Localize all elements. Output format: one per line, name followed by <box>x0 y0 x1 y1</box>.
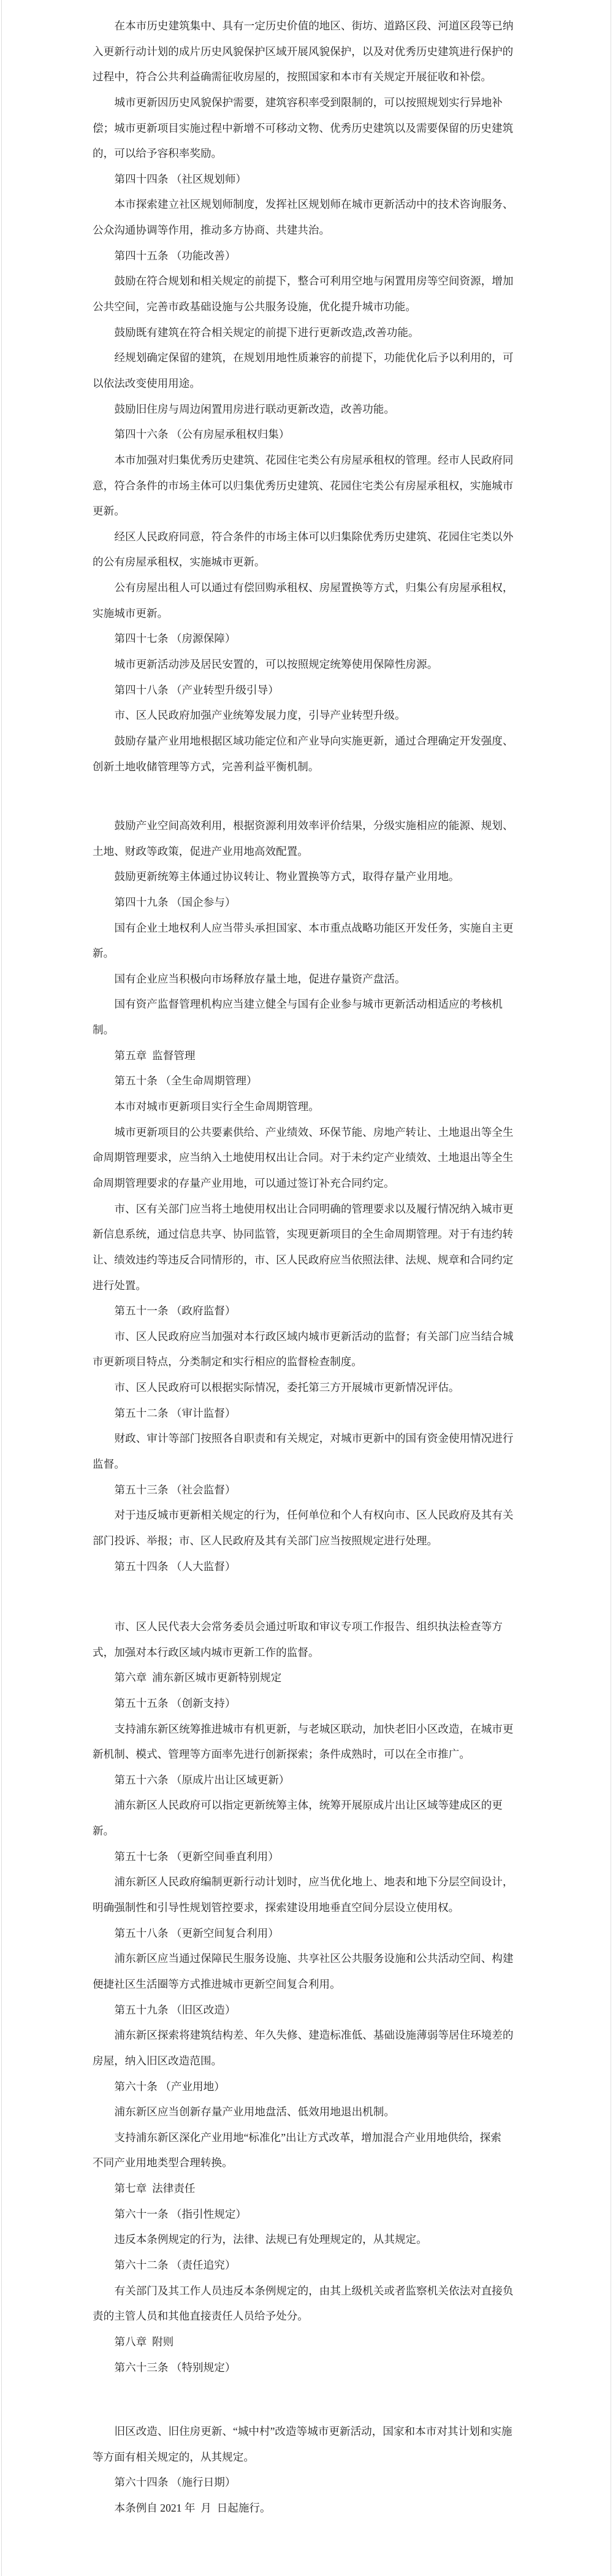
article-heading: 第四十六条 （公有房屋承租权归集） <box>93 422 522 448</box>
paragraph: 违反本条例规定的行为，法律、法规已有处理规定的，从其规定。 <box>93 2227 522 2253</box>
paragraph: 市、区人民代表大会常务委员会通过听取和审议专项工作报告、组织执法检查等方 式，加… <box>93 1614 522 1665</box>
text-line: 不同产业用地类型合理转换。 <box>93 2150 522 2176</box>
paragraph: 浦东新区人民政府编制更新行动计划时，应当优化地上、地表和地下分层空间设计， 明确… <box>93 1869 522 1920</box>
text-line: 浦东新区人民政府编制更新行动计划时，应当优化地上、地表和地下分层空间设计， <box>93 1869 522 1895</box>
text-line: 部门投诉、举报；市、区人民政府及其有关部门应当按照规定进行处理。 <box>93 1528 522 1554</box>
article-heading: 第五十六条 （原成片出让区域更新） <box>93 1768 522 1793</box>
text-line: 的，可以给予容积率奖励。 <box>93 141 522 167</box>
text-line: 鼓励旧住房与周边闲置用房进行联动更新改造，改善功能。 <box>93 397 522 423</box>
text-line: 市、区人民政府可以根据实际情况，委托第三方开展城市更新情况评估。 <box>93 1375 522 1401</box>
text-line: 监督。 <box>93 1452 522 1478</box>
paragraph: 市、区人民政府应当加强对本行政区域内城市更新活动的监督；有关部门应当结合城 市更… <box>93 1324 522 1375</box>
paragraph: 公有房屋出租人可以通过有偿回购承租权、房屋置换等方式，归集公有房屋承租权， 实施… <box>93 575 522 626</box>
paragraph: 本条例自 2021 年 月 日起施行。 <box>93 2496 522 2521</box>
article-heading: 第六十四条 （施行日期） <box>93 2470 522 2496</box>
text-line: 市、区人民政府应当加强对本行政区域内城市更新活动的监督；有关部门应当结合城 <box>93 1324 522 1350</box>
paragraph: 有关部门及其工作人员违反本条例规定的，由其上级机关或者监察机关依法对直接负 责的… <box>93 2279 522 2329</box>
text-line: 式，加强对本行政区域内城市更新工作的监督。 <box>93 1640 522 1666</box>
text-line: 意，符合条件的市场主体可以归集优秀历史建筑、花园住宅类公有房屋承租权，实施城市 <box>93 473 522 499</box>
article-heading: 第四十五条 （功能改善） <box>93 243 522 269</box>
text-line: 偿；城市更新项目实施过程中新增不可移动文物、优秀历史建筑以及需要保留的历史建筑 <box>93 116 522 142</box>
article-heading: 第四十九条 （国企参与） <box>93 890 522 916</box>
text-line: 浦东新区探索将建筑结构差、年久失修、建造标准低、基础设施薄弱等居住环境差的 <box>93 2023 522 2049</box>
article-heading: 第六十二条 （责任追究） <box>93 2253 522 2279</box>
text-line: 本市对城市更新项目实行全生命周期管理。 <box>93 1094 522 1120</box>
text-line: 命周期管理要求，应当纳入土地使用权出让合同。对于未约定产业绩效、土地退出等全生 <box>93 1145 522 1171</box>
paragraph: 城市更新因历史风貌保护需要，建筑容积率受到限制的，可以按照规划实行异地补 偿；城… <box>93 90 522 167</box>
text-line: 以依法改变使用用途。 <box>93 371 522 397</box>
text-line: 公有房屋出租人可以通过有偿回购承租权、房屋置换等方式，归集公有房屋承租权， <box>93 575 522 601</box>
text-line: 有关部门及其工作人员违反本条例规定的，由其上级机关或者监察机关依法对直接负 <box>93 2279 522 2304</box>
text-line: 违反本条例规定的行为，法律、法规已有处理规定的，从其规定。 <box>93 2227 522 2253</box>
text-line: 的公有房屋承租权，实施城市更新。 <box>93 550 522 575</box>
text-line: 入更新行动计划的成片历史风貌保护区域开展风貌保护，以及对优秀历史建筑进行保护的 <box>93 39 522 65</box>
article-heading: 第四十八条 （产业转型升级引导） <box>93 678 522 703</box>
text-line: 城市更新项目的公共要素供给、产业绩效、环保节能、房地产转让、土地退出等全生 <box>93 1120 522 1146</box>
paragraph: 本市探索建立社区规划师制度，发挥社区规划师在城市更新活动中的技术咨询服务、 公众… <box>93 192 522 243</box>
paragraph: 本市加强对归集优秀历史建筑、花园住宅类公有房屋承租权的管理。经市人民政府同 意，… <box>93 448 522 524</box>
text-line: 财政、审计等部门按照各自职责和有关规定，对城市更新中的国有资金使用情况进行 <box>93 1426 522 1452</box>
paragraph: 在本市历史建筑集中、具有一定历史价值的地区、街坊、道路区段、河道区段等已纳 入更… <box>93 13 522 90</box>
article-heading: 第五十二条 （审计监督） <box>93 1401 522 1427</box>
text-line: 本市加强对归集优秀历史建筑、花园住宅类公有房屋承租权的管理。经市人民政府同 <box>93 448 522 473</box>
text-line: 鼓励在符合规划和相关规定的前提下，整合可利用空地与闲置用房等空间资源，增加 <box>93 269 522 294</box>
article-heading: 第五十三条 （社会监督） <box>93 1478 522 1503</box>
page-border-left <box>1 0 2 2576</box>
paragraph: 鼓励既有建筑在符合相关规定的前提下进行更新改造,改善功能。 <box>93 320 522 346</box>
article-heading: 第五十五条 （创新支持） <box>93 1691 522 1717</box>
paragraph: 本市对城市更新项目实行全生命周期管理。 <box>93 1094 522 1120</box>
text-line: 等方面有相关规定的，从其规定。 <box>93 2445 522 2471</box>
text-line: 市、区人民代表大会常务委员会通过听取和审议专项工作报告、组织执法检查等方 <box>93 1614 522 1640</box>
text-line: 更新。 <box>93 499 522 524</box>
text-line: 本市探索建立社区规划师制度，发挥社区规划师在城市更新活动中的技术咨询服务、 <box>93 192 522 218</box>
text-line: 进行处置。 <box>93 1273 522 1299</box>
paragraph: 经规划确定保留的建筑，在规划用地性质兼容的前提下，功能优化后予以利用的，可 以依… <box>93 345 522 396</box>
text-line: 城市更新活动涉及居民安置的，可以按照规定统筹使用保障性房源。 <box>93 652 522 678</box>
paragraph: 鼓励产业空间高效利用，根据资源利用效率评价结果，分级实施相应的能源、规划、 土地… <box>93 813 522 864</box>
text-line: 市更新项目特点，分类制定和实行相应的监督检查制度。 <box>93 1349 522 1375</box>
text-line: 鼓励产业空间高效利用，根据资源利用效率评价结果，分级实施相应的能源、规划、 <box>93 813 522 839</box>
article-heading: 第五十八条 （更新空间复合利用） <box>93 1921 522 1947</box>
chapter-heading: 第五章 监督管理 <box>93 1043 522 1069</box>
text-line: 浦东新区应当通过保障民生服务设施、共享社区公共服务设施和公共活动空间、构建 <box>93 1946 522 1972</box>
text-line: 经规划确定保留的建筑，在规划用地性质兼容的前提下，功能优化后予以利用的，可 <box>93 345 522 371</box>
text-line: 对于违反城市更新相关规定的行为，任何单位和个人有权向市、区人民政府及其有关 <box>93 1503 522 1528</box>
text-line: 过程中，符合公共利益确需征收房屋的，按照国家和本市有关规定开展征收和补偿。 <box>93 64 522 90</box>
text-line: 新。 <box>93 941 522 967</box>
text-line: 新机制、模式、管理等方面率先进行创新探索；条件成熟时，可以在全市推广。 <box>93 1742 522 1768</box>
paragraph: 浦东新区应当通过保障民生服务设施、共享社区公共服务设施和公共活动空间、构建 便捷… <box>93 1946 522 1997</box>
text-line: 浦东新区人民政府可以指定更新统筹主体，统筹开展原成片出让区域等建成区的更 <box>93 1793 522 1819</box>
paragraph: 国有企业土地权利人应当带头承担国家、本市重点战略功能区开发任务，实施自主更 新。 <box>93 916 522 967</box>
text-line: 新。 <box>93 1819 522 1844</box>
document-viewer: 在本市历史建筑集中、具有一定历史价值的地区、街坊、道路区段、河道区段等已纳 入更… <box>0 0 613 2576</box>
paragraph: 市、区人民政府可以根据实际情况，委托第三方开展城市更新情况评估。 <box>93 1375 522 1401</box>
text-line: 旧区改造、旧住房更新、“城中村”改造等城市更新活动，国家和本市对其计划和实施 <box>93 2419 522 2445</box>
text-line: 浦东新区应当创新存量产业用地盘活、低效用地退出机制。 <box>93 2099 522 2125</box>
document-page: 在本市历史建筑集中、具有一定历史价值的地区、街坊、道路区段、河道区段等已纳 入更… <box>93 13 522 780</box>
paragraph: 经区人民政府同意，符合条件的市场主体可以归集除优秀历史建筑、花园住宅类以外 的公… <box>93 524 522 575</box>
text-line: 房屋，纳入旧区改造范围。 <box>93 2049 522 2074</box>
paragraph: 支持浦东新区统筹推进城市有机更新，与老城区联动，加快老旧小区改造，在城市更 新机… <box>93 1717 522 1768</box>
document-page: 市、区人民代表大会常务委员会通过听取和审议专项工作报告、组织执法检查等方 式，加… <box>93 1614 522 2380</box>
text-line: 公众沟通协调等作用，推动多方协商、共建共治。 <box>93 218 522 243</box>
text-line: 责的主管人员和其他直接责任人员给予处分。 <box>93 2304 522 2329</box>
text-line: 创新土地收储管理等方式，完善利益平衡机制。 <box>93 754 522 780</box>
text-line: 国有资产监督管理机构应当建立健全与国有企业参与城市更新活动相适应的考核机 <box>93 992 522 1018</box>
text-line: 市、区有关部门应当将土地使用权出让合同明确的管理要求以及履行情况纳入城市更 <box>93 1197 522 1222</box>
text-line: 本条例自 2021 年 月 日起施行。 <box>93 2496 522 2521</box>
text-line: 命周期管理要求的存量产业用地，可以通过签订补充合同约定。 <box>93 1171 522 1197</box>
paragraph: 对于违反城市更新相关规定的行为，任何单位和个人有权向市、区人民政府及其有关 部门… <box>93 1503 522 1554</box>
text-line: 城市更新因历史风貌保护需要，建筑容积率受到限制的，可以按照规划实行异地补 <box>93 90 522 116</box>
text-line: 新信息系统，通过信息共享、协同监管，实现更新项目的全生命周期管理。对于有违约转 <box>93 1222 522 1248</box>
article-heading: 第五十条 （全生命周期管理） <box>93 1068 522 1094</box>
text-line: 鼓励既有建筑在符合相关规定的前提下进行更新改造,改善功能。 <box>93 320 522 346</box>
article-heading: 第六十条 （产业用地） <box>93 2074 522 2100</box>
document-page: 鼓励产业空间高效利用，根据资源利用效率评价结果，分级实施相应的能源、规划、 土地… <box>93 813 522 1579</box>
text-line: 国有企业土地权利人应当带头承担国家、本市重点战略功能区开发任务，实施自主更 <box>93 916 522 941</box>
text-line: 支持浦东新区统筹推进城市有机更新，与老城区联动，加快老旧小区改造，在城市更 <box>93 1717 522 1742</box>
text-line: 鼓励存量产业用地根据区域功能定位和产业导向实施更新，通过合理确定开发强度、 <box>93 729 522 754</box>
paragraph: 城市更新项目的公共要素供给、产业绩效、环保节能、房地产转让、土地退出等全生 命周… <box>93 1120 522 1197</box>
article-heading: 第五十四条 （人大监督） <box>93 1554 522 1580</box>
article-heading: 第六十三条 （特别规定） <box>93 2355 522 2381</box>
article-heading: 第四十四条 （社区规划师） <box>93 167 522 193</box>
text-line: 让、绩效违约等违反合同情形的，市、区人民政府应当依照法律、法规、规章和合同约定 <box>93 1248 522 1273</box>
paragraph: 市、区有关部门应当将土地使用权出让合同明确的管理要求以及履行情况纳入城市更 新信… <box>93 1197 522 1299</box>
text-line: 国有企业应当积极向市场释放存量土地，促进存量资产盘活。 <box>93 967 522 992</box>
paragraph: 浦东新区探索将建筑结构差、年久失修、建造标准低、基础设施薄弱等居住环境差的 房屋… <box>93 2023 522 2074</box>
chapter-heading: 第七章 法律责任 <box>93 2176 522 2202</box>
text-line: 市、区人民政府加强产业统筹发展力度，引导产业转型升级。 <box>93 703 522 729</box>
text-line: 公共空间，完善市政基础设施与公共服务设施，优化提升城市功能。 <box>93 294 522 320</box>
paragraph: 鼓励旧住房与周边闲置用房进行联动更新改造，改善功能。 <box>93 397 522 423</box>
article-heading: 第五十七条 （更新空间垂直利用） <box>93 1844 522 1870</box>
text-line: 土地、财政等政策，促进产业用地高效配置。 <box>93 839 522 865</box>
article-heading: 第四十七条 （房源保障） <box>93 626 522 652</box>
paragraph: 财政、审计等部门按照各自职责和有关规定，对城市更新中的国有资金使用情况进行 监督… <box>93 1426 522 1477</box>
paragraph: 旧区改造、旧住房更新、“城中村”改造等城市更新活动，国家和本市对其计划和实施 等… <box>93 2419 522 2470</box>
article-heading: 第五十一条 （政府监督） <box>93 1298 522 1324</box>
text-line: 鼓励更新统筹主体通过协议转让、物业置换等方式，取得存量产业用地。 <box>93 864 522 890</box>
paragraph: 鼓励存量产业用地根据区域功能定位和产业导向实施更新，通过合理确定开发强度、 创新… <box>93 729 522 780</box>
page-border-right <box>611 0 611 2576</box>
paragraph: 城市更新活动涉及居民安置的，可以按照规定统筹使用保障性房源。 <box>93 652 522 678</box>
paragraph: 浦东新区人民政府可以指定更新统筹主体，统筹开展原成片出让区域等建成区的更 新。 <box>93 1793 522 1844</box>
chapter-heading: 第八章 附则 <box>93 2329 522 2355</box>
text-line: 制。 <box>93 1018 522 1043</box>
paragraph: 国有资产监督管理机构应当建立健全与国有企业参与城市更新活动相适应的考核机 制。 <box>93 992 522 1043</box>
article-heading: 第六十一条 （指引性规定） <box>93 2202 522 2228</box>
text-line: 经区人民政府同意，符合条件的市场主体可以归集除优秀历史建筑、花园住宅类以外 <box>93 524 522 550</box>
article-heading: 第五十九条 （旧区改造） <box>93 1998 522 2023</box>
paragraph: 支持浦东新区深化产业用地“标准化”出让方式改革，增加混合产业用地供给，探索 不同… <box>93 2125 522 2176</box>
text-line: 明确强制性和引导性规划管控要求，探索建设用地垂直空间分层设立使用权。 <box>93 1895 522 1921</box>
paragraph: 鼓励在符合规划和相关规定的前提下，整合可利用空地与闲置用房等空间资源，增加 公共… <box>93 269 522 320</box>
text-line: 在本市历史建筑集中、具有一定历史价值的地区、街坊、道路区段、河道区段等已纳 <box>93 13 522 39</box>
paragraph: 浦东新区应当创新存量产业用地盘活、低效用地退出机制。 <box>93 2099 522 2125</box>
paragraph: 鼓励更新统筹主体通过协议转让、物业置换等方式，取得存量产业用地。 <box>93 864 522 890</box>
paragraph: 市、区人民政府加强产业统筹发展力度，引导产业转型升级。 <box>93 703 522 729</box>
paragraph: 国有企业应当积极向市场释放存量土地，促进存量资产盘活。 <box>93 967 522 992</box>
document-page: 旧区改造、旧住房更新、“城中村”改造等城市更新活动，国家和本市对其计划和实施 等… <box>93 2419 522 2521</box>
chapter-heading: 第六章 浦东新区城市更新特别规定 <box>93 1665 522 1691</box>
text-line: 支持浦东新区深化产业用地“标准化”出让方式改革，增加混合产业用地供给，探索 <box>93 2125 522 2151</box>
text-line: 实施城市更新。 <box>93 601 522 627</box>
text-line: 便捷社区生活圈等方式推进城市更新空间复合利用。 <box>93 1972 522 1998</box>
